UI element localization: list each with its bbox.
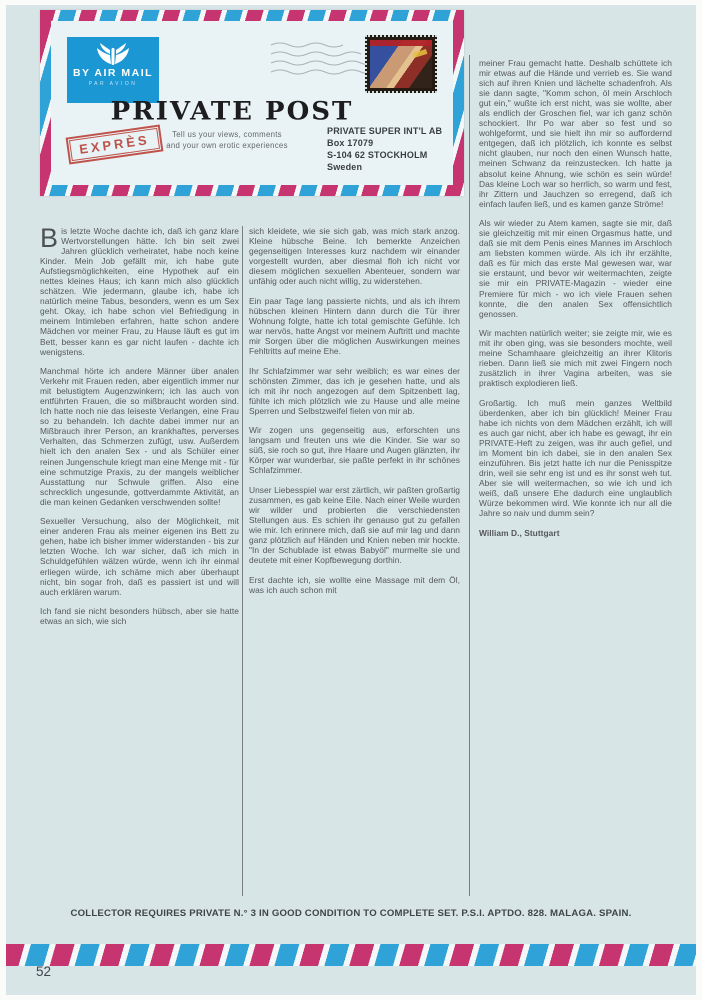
column-divider [469,55,470,896]
column-divider [242,226,243,896]
letter-paragraph: Wir zogen uns gegenseitig aus, erforscht… [249,425,460,475]
letter-paragraph: meiner Frau gemacht hatte. Deshalb schüt… [479,58,672,209]
airmail-envelope: BY AIR MAIL PAR AVION [40,10,464,196]
stamp-photo-art [370,40,432,88]
letter-paragraph: Manchmal hörte ich andere Männer über an… [40,366,239,507]
letter-signature: William D., Stuttgart [479,528,672,538]
drop-cap: B [40,226,61,250]
letter-paragraph: Ich fand sie nicht besonders hübsch, abe… [40,606,239,626]
postage-stamp [365,35,437,93]
letter-paragraph: Ein paar Tage lang passierte nichts, und… [249,296,460,356]
address-line: Box 17079 [327,137,447,149]
page-number: 52 [36,964,51,979]
address-line: S-104 62 STOCKHOLM [327,149,447,161]
letter-paragraph: Bis letzte Woche dachte ich, daß ich gan… [40,226,239,357]
letter-column-2: sich kleidete, wie sie sich gab, was mic… [249,226,460,605]
letter-paragraph: sich kleidete, wie sie sich gab, was mic… [249,226,460,286]
airmail-etiquette: BY AIR MAIL PAR AVION [67,37,159,103]
expres-stamp: EXPRÈS [66,125,164,165]
stamp-highlight [413,49,428,58]
paragraph-text: is letzte Woche dachte ich, daß ich ganz… [40,226,239,357]
page-title: PRIVATE POST [107,98,357,127]
wings-icon [96,42,130,66]
airmail-label: BY AIR MAIL [67,67,159,79]
letter-column-3: meiner Frau gemacht hatte. Deshalb schüt… [479,58,672,548]
envelope-face: BY AIR MAIL PAR AVION [51,21,453,185]
letter-paragraph: Ihr Schlafzimmer war sehr weiblich; es w… [249,366,460,416]
address-line: Sweden [327,161,447,173]
letter-paragraph: Sexueller Versuchung, also der Möglichke… [40,516,239,596]
address-line: PRIVATE SUPER INT'L AB [327,125,447,137]
airmail-stripe-band [6,944,696,966]
letter-paragraph: Wir machten natürlich weiter; sie zeigte… [479,328,672,388]
par-avion-label: PAR AVION [67,81,159,87]
letter-paragraph: Als wir wieder zu Atem kamen, sagte sie … [479,218,672,318]
letter-paragraph: Unser Liebesspiel war erst zärtlich, wir… [249,485,460,565]
letter-column-1: Bis letzte Woche dachte ich, daß ich gan… [40,226,239,636]
expres-label: EXPRÈS [69,128,160,161]
letter-paragraph: Erst dachte ich, sie wollte eine Massage… [249,575,460,595]
address-block: PRIVATE SUPER INT'L AB Box 17079 S-104 6… [327,125,447,173]
letter-paragraph: Großartig. Ich muß mein ganzes Weltbild … [479,398,672,519]
subtitle: Tell us your views, comments and your ow… [137,129,317,151]
collector-notice: COLLECTOR REQUIRES PRIVATE N.° 3 IN GOOD… [6,908,696,919]
page-background: BY AIR MAIL PAR AVION [6,5,696,995]
magazine-page-scan: BY AIR MAIL PAR AVION [0,0,702,1000]
subtitle-line-1: Tell us your views, comments [137,129,317,140]
subtitle-line-2: and your own erotic experiences [137,140,317,151]
